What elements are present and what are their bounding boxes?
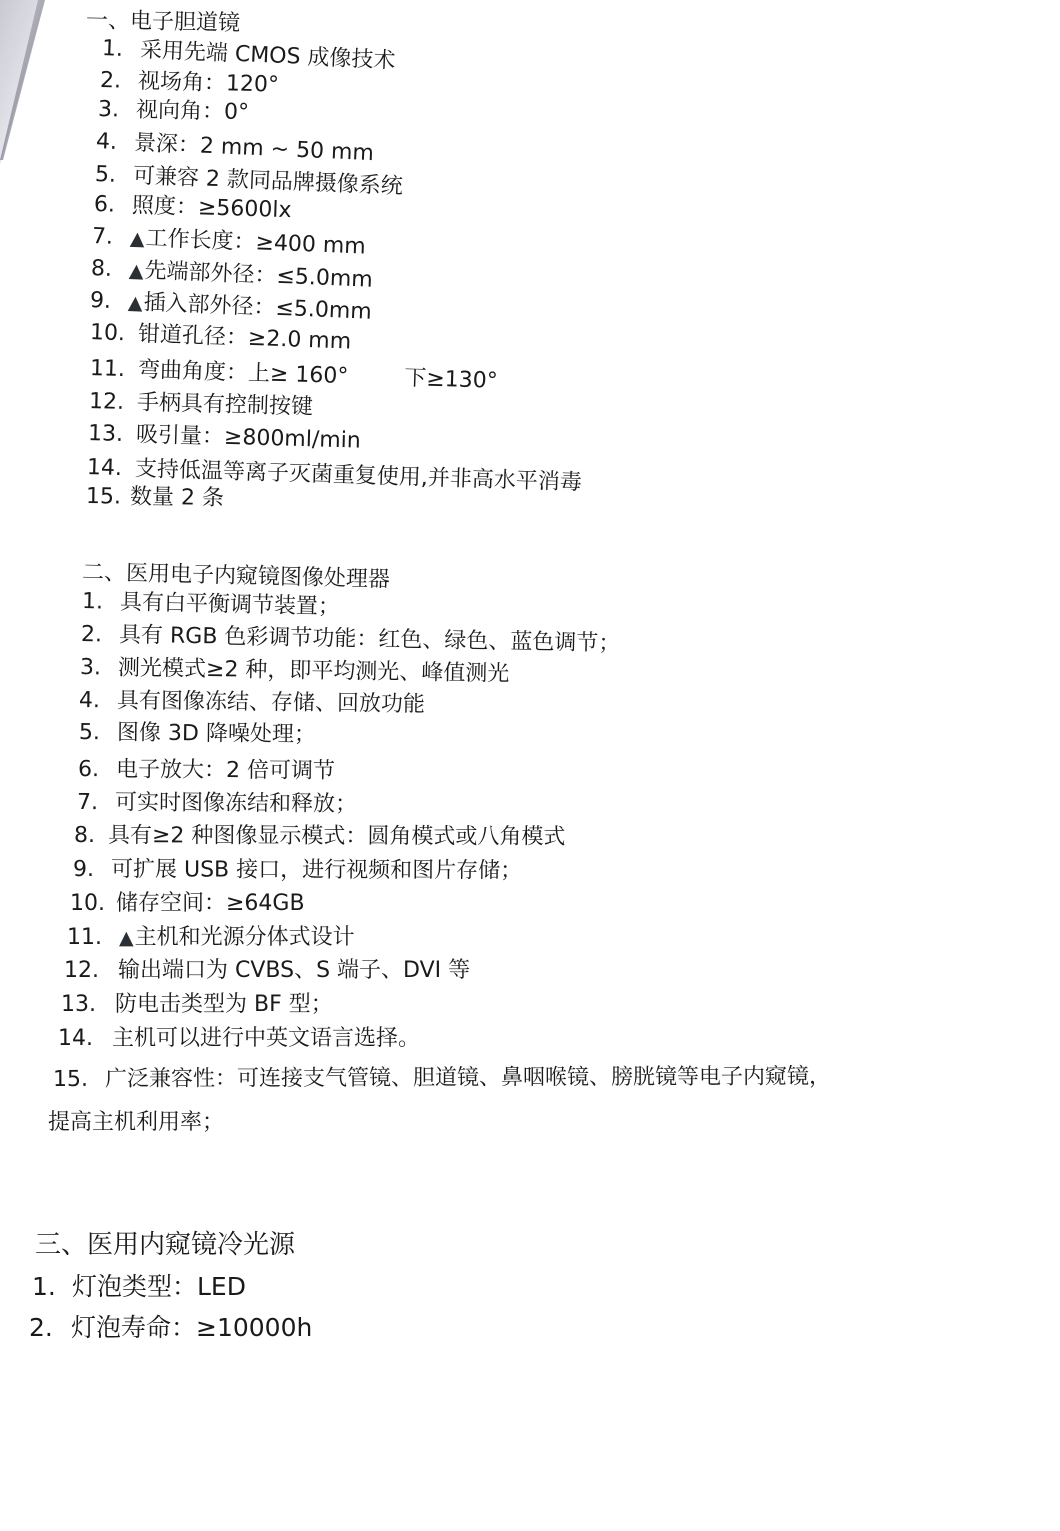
list-item: 1.具有白平衡调节装置； bbox=[82, 589, 341, 621]
item-text: 具有白平衡调节装置； bbox=[120, 590, 341, 620]
item-number: 10. bbox=[70, 891, 116, 917]
item-text: 照度：≥5600lx bbox=[132, 193, 292, 223]
list-item: 5.图像 3D 降噪处理； bbox=[79, 720, 316, 748]
list-item: 15.数量 2 条 bbox=[86, 484, 224, 512]
list-item: 7.▲工作长度：≥400 mm bbox=[92, 224, 367, 260]
list-item: 13.吸引量：≥800ml/min bbox=[88, 421, 361, 455]
item-number: 5. bbox=[94, 162, 133, 190]
list-item: 6.电子放大：2 倍可调节 bbox=[78, 757, 335, 785]
item-text: 视场角：120° bbox=[138, 69, 280, 98]
list-item: 3.测光模式≥2 种，即平均测光、峰值测光 bbox=[80, 655, 510, 688]
item-number: 11. bbox=[67, 925, 119, 951]
section-3-title: 三、医用内窥镜冷光源 bbox=[35, 1230, 295, 1260]
item-number: 9. bbox=[89, 288, 128, 316]
item-number: 14. bbox=[58, 1026, 112, 1052]
section-1-title: 一、电子胆道镜 bbox=[86, 8, 241, 37]
item-text: 工作长度：≥400 mm bbox=[145, 226, 366, 259]
item-text: 手柄具有控制按键 bbox=[137, 390, 314, 420]
item-number: 8. bbox=[90, 256, 129, 284]
list-item: 7.可实时图像冻结和释放； bbox=[77, 790, 357, 818]
item-number: 3. bbox=[80, 655, 118, 682]
list-item: 10.钳道孔径：≥2.0 mm bbox=[90, 320, 352, 356]
item-number: 6. bbox=[94, 192, 133, 219]
list-item: 8.具有≥2 种图像显示模式：圆角模式或八角模式 bbox=[74, 823, 566, 851]
item-text: 测光模式≥2 种，即平均测光、峰值测光 bbox=[118, 656, 510, 687]
item-number: 10. bbox=[90, 320, 139, 348]
list-item: 4.具有图像冻结、存储、回放功能 bbox=[79, 688, 425, 718]
item-number: 2. bbox=[100, 68, 139, 95]
item-number: 14. bbox=[87, 455, 136, 482]
item-number: 8. bbox=[74, 823, 108, 849]
list-item: 15.广泛兼容性：可连接支气管镜、胆道镜、鼻咽喉镜、膀胱镜等电子内窥镜， bbox=[53, 1064, 831, 1093]
list-item: 11.弯曲角度：上≥ 160°下≥130° bbox=[90, 356, 498, 395]
list-item: 14.主机可以进行中英文语言选择。 bbox=[58, 1026, 420, 1052]
item-number: 1. bbox=[32, 1272, 72, 1302]
list-item: 12.输出端口为 CVBS、S 端子、DVI 等 bbox=[64, 958, 470, 984]
item-number: 13. bbox=[61, 992, 115, 1018]
item-number: 7. bbox=[92, 224, 131, 251]
item-text: 钳道孔径：≥2.0 mm bbox=[138, 322, 352, 355]
triangle-mark-icon: ▲ bbox=[129, 260, 145, 283]
item-extra-text: 下≥130° bbox=[404, 366, 498, 394]
item-number: 1. bbox=[101, 36, 140, 64]
item-text: 具有 RGB 色彩调节功能：红色、绿色、蓝色调节； bbox=[119, 623, 621, 657]
item-text: 数量 2 条 bbox=[130, 485, 224, 511]
item-text: 广泛兼容性：可连接支气管镜、胆道镜、鼻咽喉镜、膀胱镜等电子内窥镜， bbox=[105, 1064, 831, 1092]
item-number: 15. bbox=[86, 484, 130, 511]
item-number: 6. bbox=[78, 757, 116, 783]
triangle-mark-icon: ▲ bbox=[128, 292, 144, 315]
item-text: 具有图像冻结、存储、回放功能 bbox=[117, 688, 425, 717]
section-2-title: 二、医用电子内窥镜图像处理器 bbox=[82, 560, 391, 594]
item-number: 4. bbox=[95, 129, 134, 157]
list-item: 10.储存空间：≥64GB bbox=[70, 891, 305, 917]
list-item: 9.▲插入部外径：≤5.0mm bbox=[89, 288, 372, 326]
list-item: 12.手柄具有控制按键 bbox=[89, 389, 314, 421]
item-text: 吸引量：≥800ml/min bbox=[136, 422, 361, 453]
list-item: 1.灯泡类型：LED bbox=[32, 1272, 246, 1302]
list-item: 6.照度：≥5600lx bbox=[94, 192, 292, 224]
item-number: 13. bbox=[88, 421, 137, 448]
item-number: 5. bbox=[79, 720, 117, 746]
item-number: 2. bbox=[29, 1313, 71, 1343]
item-number: 1. bbox=[82, 589, 121, 616]
list-item: 4.景深：2 mm ~ 50 mm bbox=[95, 129, 374, 167]
item-text: 采用先端 CMOS 成像技术 bbox=[139, 38, 395, 74]
item-number: 9. bbox=[73, 857, 111, 883]
item-text: 输出端口为 CVBS、S 端子、DVI 等 bbox=[118, 958, 470, 983]
page-edge-shadow bbox=[0, 0, 60, 170]
list-item: 2.灯泡寿命：≥10000h bbox=[29, 1313, 312, 1343]
item-text: 可实时图像冻结和释放； bbox=[115, 790, 357, 817]
item-text: 防电击类型为 BF 型； bbox=[115, 992, 333, 1017]
item-text: 视向角：0° bbox=[136, 98, 249, 125]
list-item: 13.防电击类型为 BF 型； bbox=[61, 992, 333, 1018]
item-number: 3. bbox=[98, 97, 137, 124]
list-item: 11.▲主机和光源分体式设计 bbox=[67, 925, 355, 951]
item-text: 灯泡类型：LED bbox=[72, 1272, 246, 1301]
triangle-mark-icon: ▲ bbox=[130, 227, 145, 250]
list-item: 2.具有 RGB 色彩调节功能：红色、绿色、蓝色调节； bbox=[81, 622, 621, 657]
item-number: 15. bbox=[53, 1067, 105, 1093]
item-text: 图像 3D 降噪处理； bbox=[117, 720, 316, 747]
item-text: 景深：2 mm ~ 50 mm bbox=[133, 131, 374, 166]
item-text: 主机和光源分体式设计 bbox=[135, 925, 355, 950]
list-item: 9.可扩展 USB 接口，进行视频和图片存储； bbox=[73, 857, 522, 885]
list-item: 8.▲先端部外径：≤5.0mm bbox=[90, 256, 373, 294]
item-text: 弯曲角度：上≥ 160° bbox=[138, 358, 349, 390]
item-text: 具有≥2 种图像显示模式：圆角模式或八角模式 bbox=[108, 823, 566, 850]
list-item: 2.视场角：120° bbox=[100, 68, 280, 99]
list-item-continuation: 提高主机利用率； bbox=[48, 1110, 224, 1136]
item-number: 11. bbox=[90, 356, 139, 383]
item-text: 电子放大：2 倍可调节 bbox=[116, 757, 335, 784]
item-number: 2. bbox=[81, 622, 119, 649]
item-text: 储存空间：≥64GB bbox=[116, 891, 305, 916]
item-text: 可扩展 USB 接口，进行视频和图片存储； bbox=[111, 857, 522, 883]
item-number: 12. bbox=[89, 389, 138, 416]
item-text: 主机可以进行中英文语言选择。 bbox=[112, 1026, 420, 1051]
item-number: 7. bbox=[77, 790, 115, 816]
item-number: 12. bbox=[64, 958, 118, 984]
item-text: 灯泡寿命：≥10000h bbox=[71, 1313, 312, 1342]
item-text: 先端部外径：≤5.0mm bbox=[144, 258, 373, 293]
list-item: 3.视向角：0° bbox=[98, 97, 250, 126]
item-number: 4. bbox=[79, 688, 117, 714]
triangle-mark-icon: ▲ bbox=[119, 927, 134, 949]
item-text: 插入部外径：≤5.0mm bbox=[143, 290, 372, 325]
